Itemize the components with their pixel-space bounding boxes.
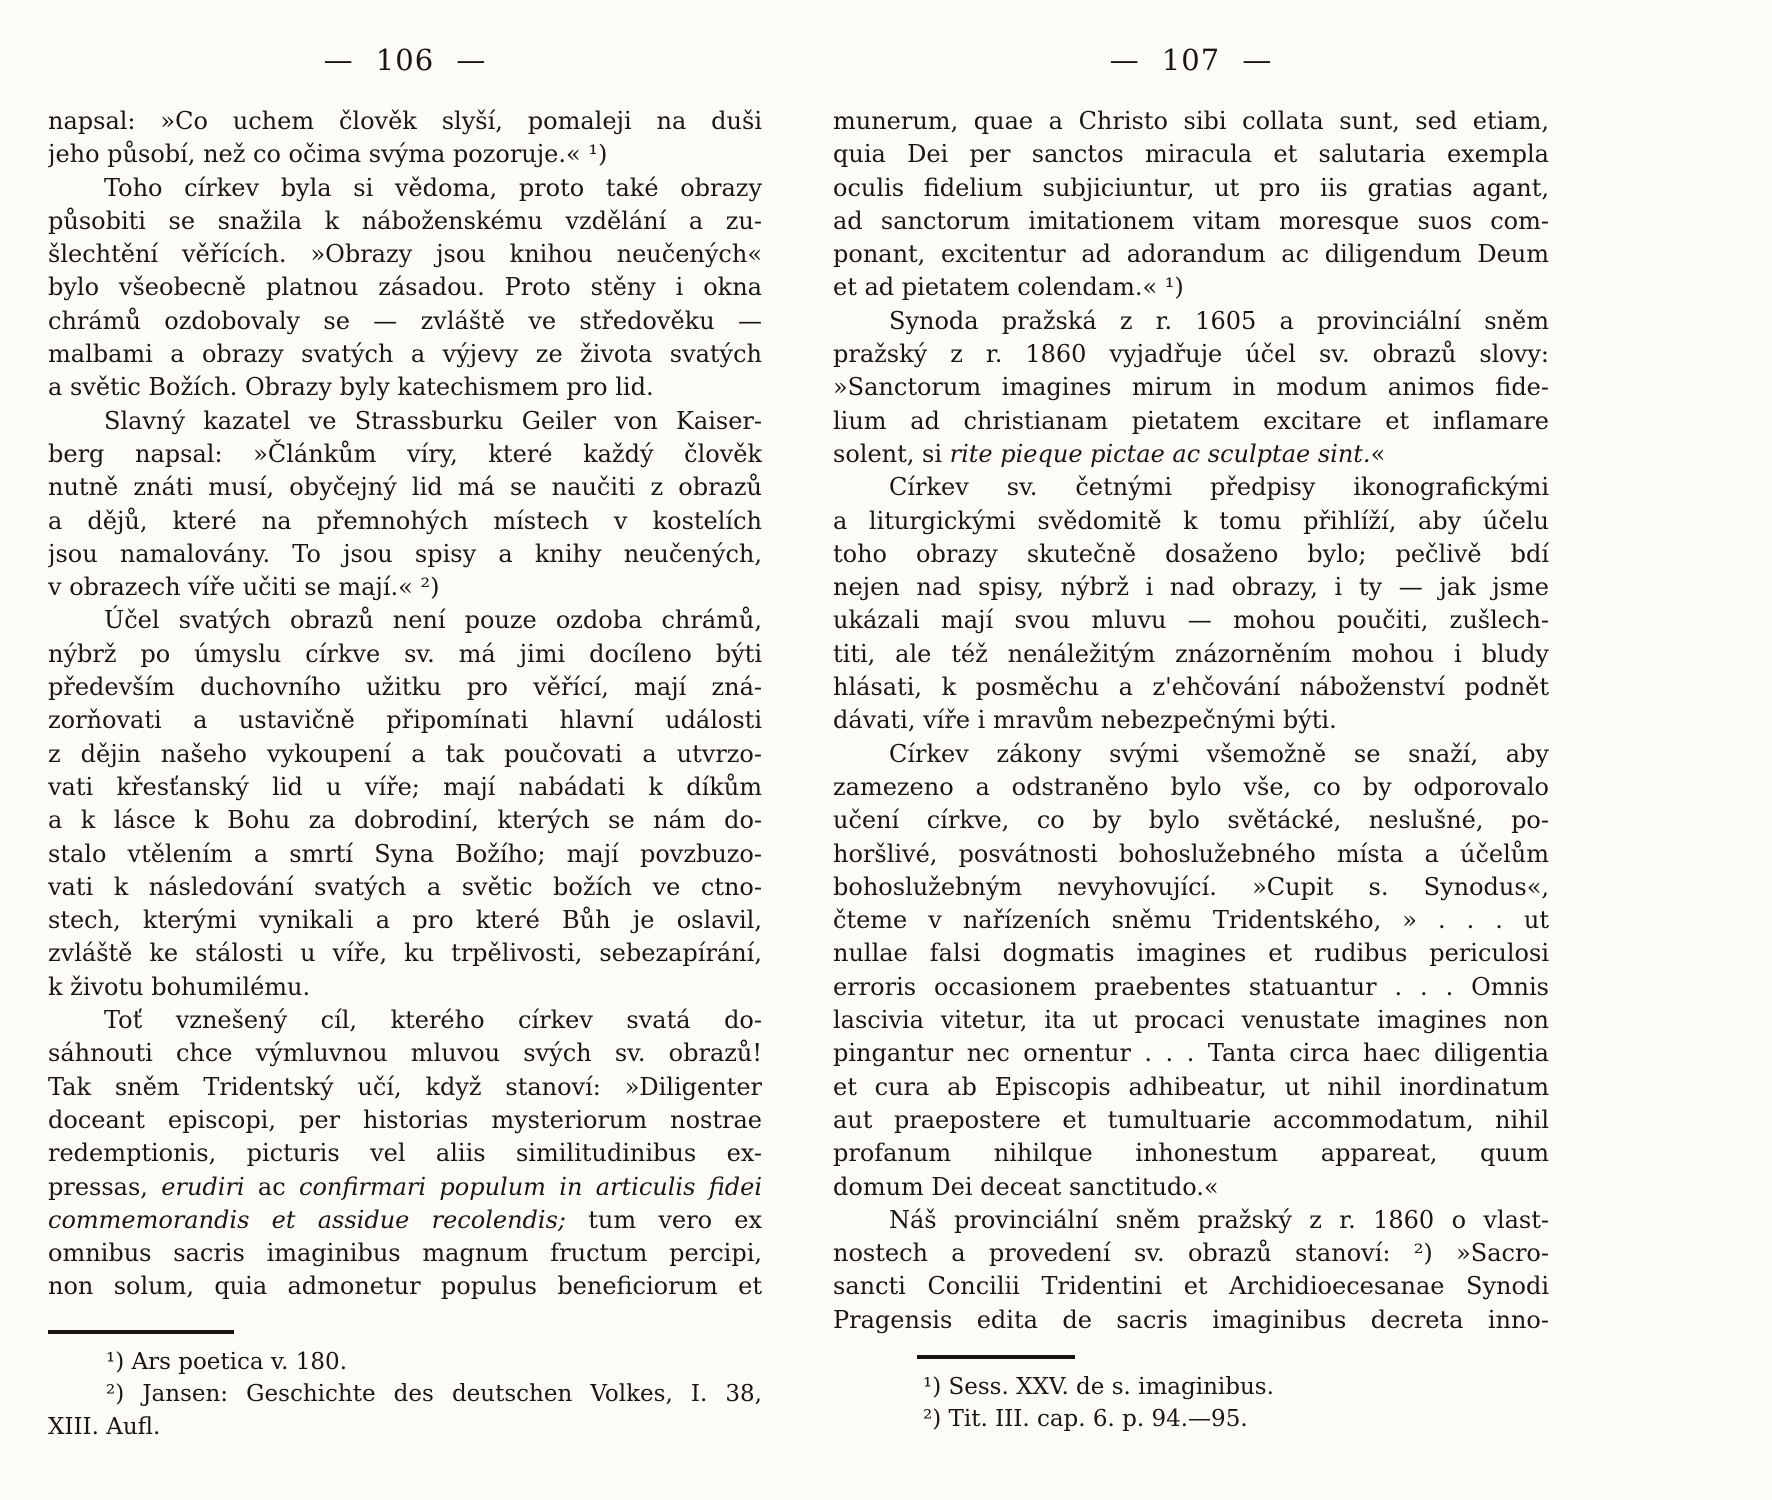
text-line: Náš provinciální sněm pražský z r. 1860 … — [833, 1204, 1549, 1237]
text-line: Církev sv. četnými předpisy ikonografick… — [833, 471, 1549, 504]
page-body: napsal: »Co uchem člověk slyší, pomaleji… — [48, 105, 762, 1304]
text-line: oculis fidelium subjiciuntur, ut pro iis… — [833, 172, 1549, 205]
text-line: Účel svatých obrazů není pouze ozdoba ch… — [48, 604, 762, 637]
footnote-line: ¹) Sess. XXV. de s. imaginibus. — [833, 1371, 1549, 1404]
text-segment: pressas, — [48, 1173, 161, 1201]
text-line: Synoda pražská z r. 1605 a provinciální … — [833, 305, 1549, 338]
text-line: hlásati, k posměchu a z'ehčování nábožen… — [833, 671, 1549, 704]
text-line: a dějů, které na přemnohých místech v ko… — [48, 505, 762, 538]
text-line: vati křesťanský lid u víře; mají nabádat… — [48, 771, 762, 804]
footnote-line: ²) Tit. III. cap. 6. p. 94.—95. — [833, 1403, 1549, 1436]
text-line: v obrazech víře učiti se mají.« ²) — [48, 571, 762, 604]
text-line: erroris occasionem praebentes statuantur… — [833, 971, 1549, 1004]
italic-text: confirmari populum in articulis fidei — [299, 1173, 762, 1201]
text-line: aut praepostere et tumultuarie accommoda… — [833, 1104, 1549, 1137]
text-line: Slavný kazatel ve Strassburku Geiler von… — [48, 405, 762, 438]
text-line: solent, si rite pieque pictae ac sculpta… — [833, 438, 1549, 471]
text-line: omnibus sacris imaginibus magnum fructum… — [48, 1237, 762, 1270]
italic-text: commemorandis et assidue recolendis; — [48, 1206, 566, 1234]
page-number: — 107 — — [833, 42, 1549, 78]
text-line: »Sanctorum imagines mirum in modum animo… — [833, 371, 1549, 404]
footnote-line: ²) Jansen: Geschichte des deutschen Volk… — [48, 1378, 762, 1411]
text-line: pressas, erudiri ac confirmari populum i… — [48, 1171, 762, 1204]
text-line: nejen nad spisy, nýbrž i nad obrazy, i t… — [833, 571, 1549, 604]
text-line: sancti Concilii Tridentini et Archidioec… — [833, 1270, 1549, 1303]
text-line: nostech a provedení sv. obrazů stanoví: … — [833, 1237, 1549, 1270]
footnote-rule — [48, 1330, 234, 1334]
footnotes: ¹) Ars poetica v. 180.²) Jansen: Geschic… — [48, 1346, 762, 1444]
text-line: šlechtění věřících. »Obrazy jsou knihou … — [48, 238, 762, 271]
text-line: působiti se snažila k náboženskému vzděl… — [48, 205, 762, 238]
text-line: lium ad christianam pietatem excitare et… — [833, 405, 1549, 438]
text-line: quia Dei per sanctos miracula et salutar… — [833, 138, 1549, 171]
text-line: doceant episcopi, per historias mysterio… — [48, 1104, 762, 1137]
text-line: et cura ab Episcopis adhibeatur, ut nihi… — [833, 1071, 1549, 1104]
text-line: jsou namalovány. To jsou spisy a knihy n… — [48, 538, 762, 571]
text-line: Tak sněm Tridentský učí, když stanoví: »… — [48, 1071, 762, 1104]
text-line: napsal: »Co uchem člověk slyší, pomaleji… — [48, 105, 762, 138]
text-line: a liturgickými svědomitě k tomu přihlíží… — [833, 505, 1549, 538]
page-number: — 106 — — [48, 42, 762, 78]
text-line: zvláště ke stálosti u víře, ku trpělivos… — [48, 937, 762, 970]
text-line: a k lásce k Bohu za dobrodiní, kterých s… — [48, 804, 762, 837]
footnotes: ¹) Sess. XXV. de s. imaginibus.²) Tit. I… — [833, 1371, 1549, 1436]
footnote-line: ¹) Ars poetica v. 180. — [48, 1346, 762, 1379]
text-line: Toť vznešený cíl, kterého církev svatá d… — [48, 1004, 762, 1037]
text-line: zorňovati a ustavičně připomínati hlavní… — [48, 704, 762, 737]
text-line: profanum nihilque inhonestum appareat, q… — [833, 1137, 1549, 1170]
book-spread: — 106 — napsal: »Co uchem člověk slyší, … — [0, 0, 1772, 1500]
text-line: non solum, quia admonetur populus benefi… — [48, 1270, 762, 1303]
text-line: toho obrazy skutečně dosaženo bylo; pečl… — [833, 538, 1549, 571]
text-segment: solent, si — [833, 440, 950, 468]
text-line: především duchovního užitku pro věřící, … — [48, 671, 762, 704]
text-line: titi, ale též nenáležitým znázorněním mo… — [833, 638, 1549, 671]
text-line: vati k následování svatých a světic boží… — [48, 871, 762, 904]
text-line: et ad pietatem colendam.« ¹) — [833, 271, 1549, 304]
text-segment: tum vero ex — [566, 1206, 762, 1234]
text-line: horšlivé, posvátnosti bohoslužebného mís… — [833, 838, 1549, 871]
text-segment: « — [1371, 440, 1386, 468]
text-line: nullae falsi dogmatis imagines et rudibu… — [833, 937, 1549, 970]
text-line: k životu bohumilému. — [48, 971, 762, 1004]
text-line: dávati, víře i mravům nebezpečnými býti. — [833, 704, 1549, 737]
page-body: munerum, quae a Christo sibi collata sun… — [833, 105, 1549, 1337]
text-line: stalo vtělením a smrtí Syna Božího; mají… — [48, 838, 762, 871]
footnote-line: XIII. Aufl. — [48, 1411, 762, 1444]
text-line: nýbrž po úmyslu církve sv. má jimi docíl… — [48, 638, 762, 671]
text-line: Toho církev byla si vědoma, proto také o… — [48, 172, 762, 205]
text-line: jeho působí, než co očima svýma pozoruje… — [48, 138, 762, 171]
italic-text: erudiri — [161, 1173, 244, 1201]
text-line: redemptionis, picturis vel aliis similit… — [48, 1137, 762, 1170]
text-line: pražský z r. 1860 vyjadřuje účel sv. obr… — [833, 338, 1549, 371]
text-line: Pragensis edita de sacris imaginibus dec… — [833, 1304, 1549, 1337]
text-line: a světic Božích. Obrazy byly katechismem… — [48, 371, 762, 404]
page-107: — 107 — munerum, quae a Christo sibi col… — [833, 0, 1549, 1436]
text-line: ponant, excitentur ad adorandum ac dilig… — [833, 238, 1549, 271]
text-line: ukázali mají svou mluvu — mohou poučiti,… — [833, 604, 1549, 637]
text-line: malbami a obrazy svatých a výjevy ze živ… — [48, 338, 762, 371]
text-line: bylo všeobecně platnou zásadou. Proto st… — [48, 271, 762, 304]
text-line: zamezeno a odstraněno bylo vše, co by od… — [833, 771, 1549, 804]
page-106: — 106 — napsal: »Co uchem člověk slyší, … — [48, 0, 762, 1443]
text-line: pingantur nec ornentur . . . Tanta circa… — [833, 1037, 1549, 1070]
footnote-rule — [917, 1355, 1075, 1359]
text-line: čteme v nařízeních sněmu Tridentského, »… — [833, 904, 1549, 937]
text-line: munerum, quae a Christo sibi collata sun… — [833, 105, 1549, 138]
text-line: lascivia vitetur, ita ut procaci venusta… — [833, 1004, 1549, 1037]
text-line: bohoslužebným nevyhovující. »Cupit s. Sy… — [833, 871, 1549, 904]
text-line: stech, kterými vynikali a pro které Bůh … — [48, 904, 762, 937]
text-line: domum Dei deceat sanctitudo.« — [833, 1171, 1549, 1204]
text-line: z dějin našeho vykoupení a tak poučovati… — [48, 738, 762, 771]
text-line: ad sanctorum imitationem vitam moresque … — [833, 205, 1549, 238]
text-line: sáhnouti chce výmluvnou mluvou svých sv.… — [48, 1037, 762, 1070]
text-line: chrámů ozdobovaly se — zvláště ve středo… — [48, 305, 762, 338]
italic-text: rite pieque pictae ac sculptae sint. — [950, 440, 1371, 468]
text-line: berg napsal: »Článkům víry, které každý … — [48, 438, 762, 471]
text-line: commemorandis et assidue recolendis; tum… — [48, 1204, 762, 1237]
text-segment: ac — [245, 1173, 299, 1201]
text-line: učení církve, co by bylo světácké, neslu… — [833, 804, 1549, 837]
text-line: Církev zákony svými všemožně se snaží, a… — [833, 738, 1549, 771]
text-line: nutně znáti musí, obyčejný lid má se nau… — [48, 471, 762, 504]
